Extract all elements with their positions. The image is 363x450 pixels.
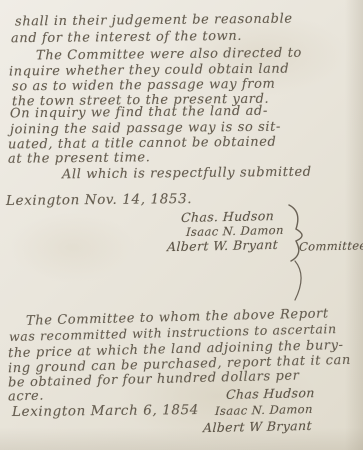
signature: Chas Hudson xyxy=(226,387,315,401)
text-line: acre. xyxy=(8,390,44,404)
text-line: and for the interest of the town. xyxy=(11,30,242,45)
signature: Chas. Hudson xyxy=(181,210,275,224)
signature: Isaac N. Damon xyxy=(215,404,313,418)
text-line: The Committee were also directed to xyxy=(36,47,302,63)
text-line: at the present time. xyxy=(8,151,151,165)
text-line: shall in their judgement be reasonable xyxy=(15,13,293,29)
committee-label: Committee xyxy=(299,240,363,253)
dateline-1: Lexington Nov. 14, 1853. xyxy=(6,193,192,208)
text-line: On inquiry we find that the land ad- xyxy=(10,105,268,121)
signature: Albert W. Bryant xyxy=(167,239,279,254)
text-line: uated, that a title cannot be obtained xyxy=(8,136,277,152)
text-line: All which is respectfully submitted xyxy=(62,166,312,182)
signature: Albert W Bryant xyxy=(203,420,313,435)
dateline-2: Lexington March 6, 1854 xyxy=(12,404,199,419)
document-page: shall in their judgement be reasonable a… xyxy=(0,0,363,450)
